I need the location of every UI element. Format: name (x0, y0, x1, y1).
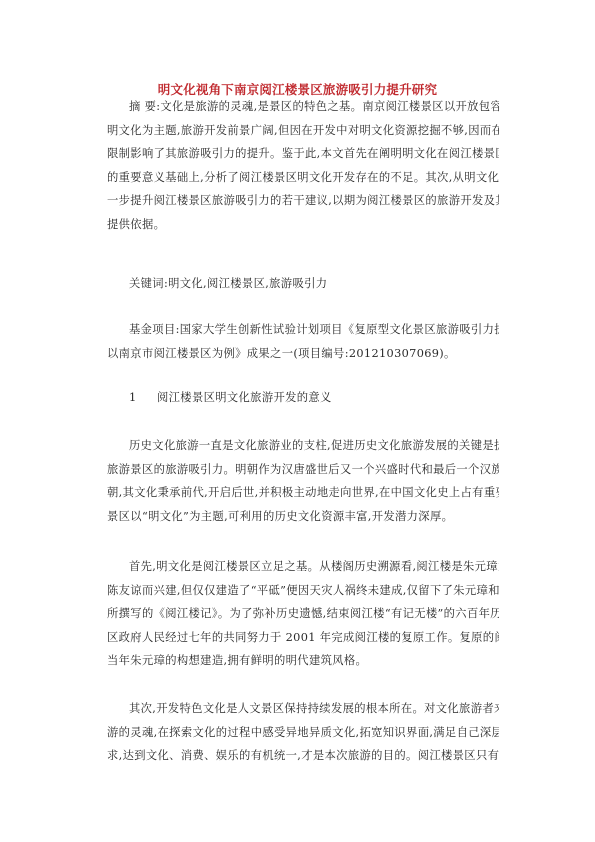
paragraph-line: 游的灵魂,在探索文化的过程中感受异地异质文化,拓宽知识界面,满足自己深层次的精神… (107, 721, 499, 745)
paragraph-line: 旅游景区的旅游吸引力。明朝作为汉唐盛世后又一个兴盛时代和最后一个汉族统治的封建王 (107, 458, 499, 482)
paragraph-line: 当年朱元璋的构想建造,拥有鲜明的明代建筑风格。 (107, 649, 499, 673)
document-page: 明文化视角下南京阅江楼景区旅游吸引力提升研究 摘 要:文化是旅游的灵魂,是景区的… (0, 0, 595, 842)
abstract-line: 摘 要:文化是旅游的灵魂,是景区的特色之基。南京阅江楼景区以开放包容、极具特色的 (107, 95, 499, 119)
abstract-line: 一步提升阅江楼景区旅游吸引力的若干建议,以期为阅江楼景区的旅游开发及其竞争力提升 (107, 189, 499, 213)
paragraph-line: 所撰写的《阅江楼记》。为了弥补历史遗憾,结束阅江楼“有记无楼”的六百年历史,江苏… (107, 602, 499, 626)
paragraph-line: 陈友谅而兴建,但仅仅建造了“平砥”便因天灾人祸终未建成,仅留下了朱元璋和宋濂等文… (107, 579, 499, 603)
abstract-line: 限制影响了其旅游吸引力的提升。鉴于此,本文首先在阐明明文化在阅江楼景区旅游开发中 (107, 142, 499, 166)
paragraph-line: 求,达到文化、消费、娱乐的有机统一,才是本次旅游的目的。阅江楼景区只有以多样的形… (107, 744, 499, 768)
paragraph-2: 首先,明文化是阅江楼景区立足之基。从楼阁历史溯源看,阅江楼是朱元璋为了纪念大败 … (107, 555, 499, 673)
fund-note: 基金项目:国家大学生创新性试验计划项目《复原型文化景区旅游吸引力提升研究—— 以… (107, 318, 499, 365)
abstract: 摘 要:文化是旅游的灵魂,是景区的特色之基。南京阅江楼景区以开放包容、极具特色的… (107, 95, 499, 236)
keywords-text: 关键词:明文化,阅江楼景区,旅游吸引力 (107, 272, 499, 296)
abstract-line: 明文化为主题,旅游开发前景广阔,但因在开发中对明文化资源挖掘不够,因而在一定程度… (107, 119, 499, 143)
paragraph-line: 其次,开发特色文化是人文景区保持持续发展的根本所在。对文化旅游者来说,文化是旅 (107, 697, 499, 721)
fund-line: 基金项目:国家大学生创新性试验计划项目《复原型文化景区旅游吸引力提升研究—— (107, 318, 499, 342)
keywords: 关键词:明文化,阅江楼景区,旅游吸引力 (107, 272, 499, 296)
section-heading-line: 1阅江楼景区明文化旅游开发的意义 (107, 386, 499, 410)
paragraph-line: 朝,其文化秉承前代,开启后世,并积极主动地走向世界,在中国文化史上占有重要地位。… (107, 481, 499, 505)
paragraph-line: 景区以“明文化”为主题,可利用的历史文化资源丰富,开发潜力深厚。 (107, 505, 499, 529)
paragraph-line: 历史文化旅游一直是文化旅游业的支柱,促进历史文化旅游发展的关键是提升历史文化 (107, 434, 499, 458)
section-number: 1 (129, 386, 157, 410)
paragraph-3: 其次,开发特色文化是人文景区保持持续发展的根本所在。对文化旅游者来说,文化是旅 … (107, 697, 499, 768)
paragraph-1: 历史文化旅游一直是文化旅游业的支柱,促进历史文化旅游发展的关键是提升历史文化 旅… (107, 434, 499, 528)
paragraph-line: 区政府人民经过七年的共同努力于 2001 年完成阅江楼的复原工作。复原的阅江楼完… (107, 626, 499, 650)
fund-line: 以南京市阅江楼景区为例》成果之一(项目编号:201210307069)。 (107, 342, 499, 366)
abstract-line: 的重要意义基础上,分析了阅江楼景区明文化开发存在的不足。其次,从明文化的视角提出… (107, 166, 499, 190)
paragraph-line: 首先,明文化是阅江楼景区立足之基。从楼阁历史溯源看,阅江楼是朱元璋为了纪念大败 (107, 555, 499, 579)
section-heading: 1阅江楼景区明文化旅游开发的意义 (107, 386, 499, 410)
abstract-line: 提供依据。 (107, 213, 499, 237)
section-title: 阅江楼景区明文化旅游开发的意义 (157, 391, 332, 404)
